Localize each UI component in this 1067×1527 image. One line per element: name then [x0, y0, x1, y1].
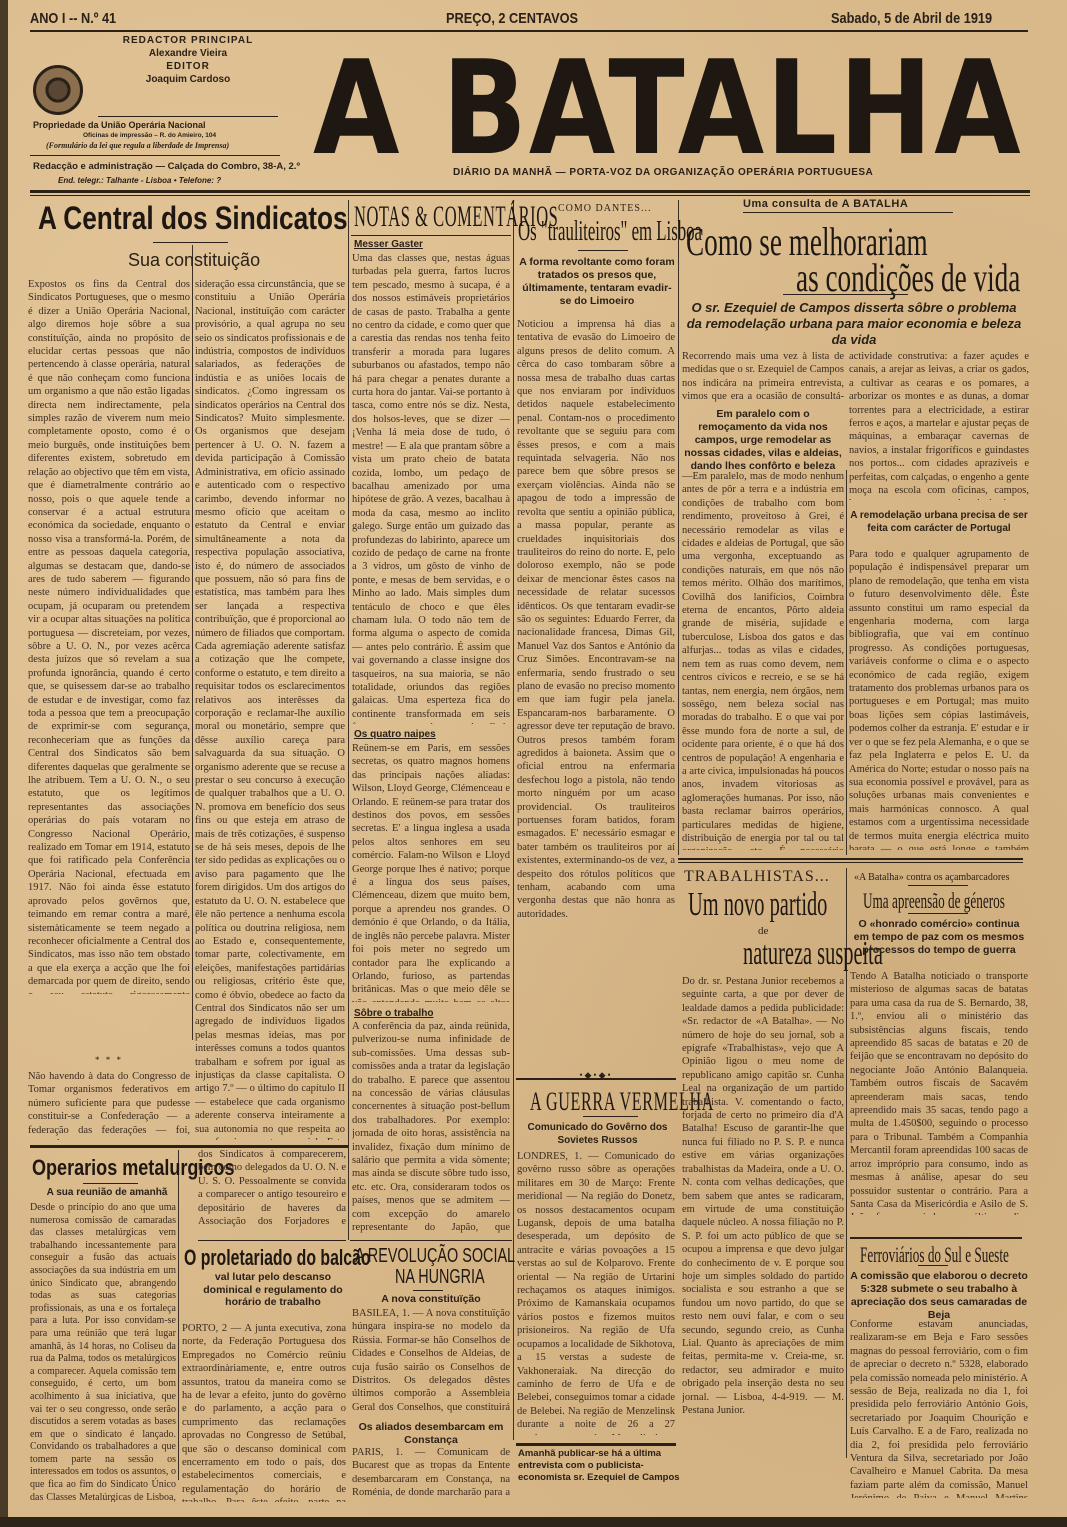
- deck: O «honrado comércio» continua em tempo d…: [850, 918, 1028, 957]
- headline: Uma apreensão de géneros: [863, 888, 1005, 914]
- chief-editor-label: REDACTOR PRINCIPAL: [88, 34, 288, 47]
- address-line: Redacção e administração — Calçada do Co…: [33, 161, 300, 172]
- price: PREÇO, 2 CENTAVOS: [446, 10, 578, 27]
- note-body: Uma das classes que, nestas águas turbad…: [352, 252, 510, 724]
- separator-ornament: * * *: [28, 1055, 190, 1065]
- article-body: PORTO, 2 — A junta executiva, zona norte…: [182, 1322, 346, 1502]
- article-body-col1: —Em paralelo, mas de modo nenhum antes d…: [682, 470, 844, 850]
- telegraph-line: End. telegr.: Talhante - Lisboa • Telefo…: [58, 176, 221, 185]
- property-line: Propriedade da União Operária Nacional: [33, 120, 283, 130]
- page-edge: [0, 1517, 1067, 1527]
- divider-ornament: •◆•◆•: [516, 1070, 676, 1081]
- union-seal-icon: [33, 65, 83, 115]
- deck: Comunicado do Govêrno dos Sovietes Russo…: [520, 1121, 675, 1147]
- article-body: BASILEA, 1. — A nova constituïção húngar…: [352, 1307, 510, 1415]
- note-body: Reünem-se em Paris, em sessões secretas,…: [352, 742, 510, 1002]
- newspaper-page: ANO I -- N.º 41 PREÇO, 2 CENTAVOS Sabado…: [0, 0, 1067, 1517]
- article-intro: Recorrendo mais uma vez à lista de medid…: [682, 350, 844, 405]
- print-shop-line: Oficinas de impressão – R. do Amieiro, 1…: [83, 132, 216, 139]
- deck: A forma revoltante como foram tratados o…: [518, 256, 676, 308]
- headline-line1: A REVOLUÇÃO SOCIAL: [355, 1245, 515, 1268]
- deck: val lutar pelo descanso dominical e regu…: [198, 1271, 348, 1309]
- article-body: Desde o princípio do ano que uma numeros…: [30, 1202, 176, 1502]
- article-body-col1-tail: Não havendo à data do Congresso de Tomar…: [28, 1070, 190, 1140]
- editor-label: EDITOR: [88, 60, 288, 73]
- newspaper-title: A BATALHA: [313, 48, 881, 168]
- subhead: Sua constituição: [128, 250, 260, 271]
- article-body: Tendo A Batalha noticiado o transporte m…: [850, 970, 1028, 1215]
- chief-editor-name: Alexandre Vieira: [88, 47, 288, 60]
- deck: O sr. Ezequiel de Campos disserta sôbre …: [684, 300, 1024, 348]
- headline: A Central dos Sindicatos: [38, 200, 348, 237]
- newspaper-subtitle: DIÁRIO DA MANHÃ — PORTA-VOZ DA ORGANIZAÇ…: [453, 167, 873, 178]
- note-title: Messer Gaster: [354, 239, 423, 250]
- article-body-col1: Expostos os fins da Central dos Sindicat…: [28, 278, 190, 994]
- headline-line1: Um novo partido: [688, 886, 827, 924]
- editor-block: REDACTOR PRINCIPAL Alexandre Vieira EDIT…: [88, 34, 288, 86]
- article-body: PARIS, 1. — Comunicam de Bucarest que as…: [352, 1446, 510, 1501]
- article-body: Noticiou a imprensa há dias a tentativa …: [517, 318, 675, 1054]
- headline: O proletariado do balcão: [184, 1245, 371, 1271]
- issue-date: Sabado, 5 de Abril de 1919: [831, 10, 992, 27]
- kicker: COMO DANTES...: [558, 203, 651, 214]
- article-body-col2: actividade construtiva: a fazer açudes e…: [849, 350, 1029, 500]
- kicker: «A Batalha» contra os açambarcadores: [854, 872, 1010, 883]
- issue-number: ANO I -- N.º 41: [30, 10, 116, 27]
- article-body-col2: sideração essa circunstância, que se con…: [195, 278, 345, 1140]
- section-subhead: Os aliados desembarcam em Constança: [352, 1421, 510, 1446]
- note-title: Sôbre o trabalho: [354, 1008, 433, 1019]
- legal-notice: (Formulário da lei que regula a liberdad…: [46, 141, 229, 150]
- kicker: TRABALHISTAS...: [684, 868, 830, 886]
- article-body-col3: Para todo e qualquer agrupamento de popu…: [849, 548, 1029, 850]
- note-title: Os quatro naipes: [354, 729, 436, 740]
- deck: A nova constituïção: [350, 1293, 512, 1305]
- deck: A sua reunião de amanhã: [32, 1187, 182, 1198]
- headline-line2: NA HUNGRIA: [395, 1266, 485, 1289]
- section-subhead: A remodelação urbana precisa de ser feit…: [849, 510, 1029, 535]
- article-body-cont: dos Sindicatos à comparecerem, bem como …: [198, 1148, 346, 1228]
- section-subhead: Em paralelo com o remoçamento da vida no…: [682, 408, 844, 473]
- editor-name: Joaquim Cardoso: [88, 73, 288, 86]
- next-issue-note: Amanhã publicar-se há a última entrevist…: [518, 1448, 693, 1484]
- deck: A comissão que elaborou o decreto 5:328 …: [850, 1270, 1028, 1322]
- headline: Os "trauliteiros" em Lisboa: [518, 216, 702, 248]
- article-body: Do dr. sr. Pestana Junior recebemos a se…: [682, 975, 844, 1465]
- article-body: LONDRES, 1. — Comunicado do govêrno russ…: [517, 1150, 675, 1435]
- kicker: Uma consulta de A BATALHA: [743, 198, 908, 210]
- note-body: A conferência da paz, ainda reünida, pul…: [352, 1020, 510, 1235]
- article-body: Conforme estavam anunciadas, realizaram-…: [850, 1318, 1028, 1498]
